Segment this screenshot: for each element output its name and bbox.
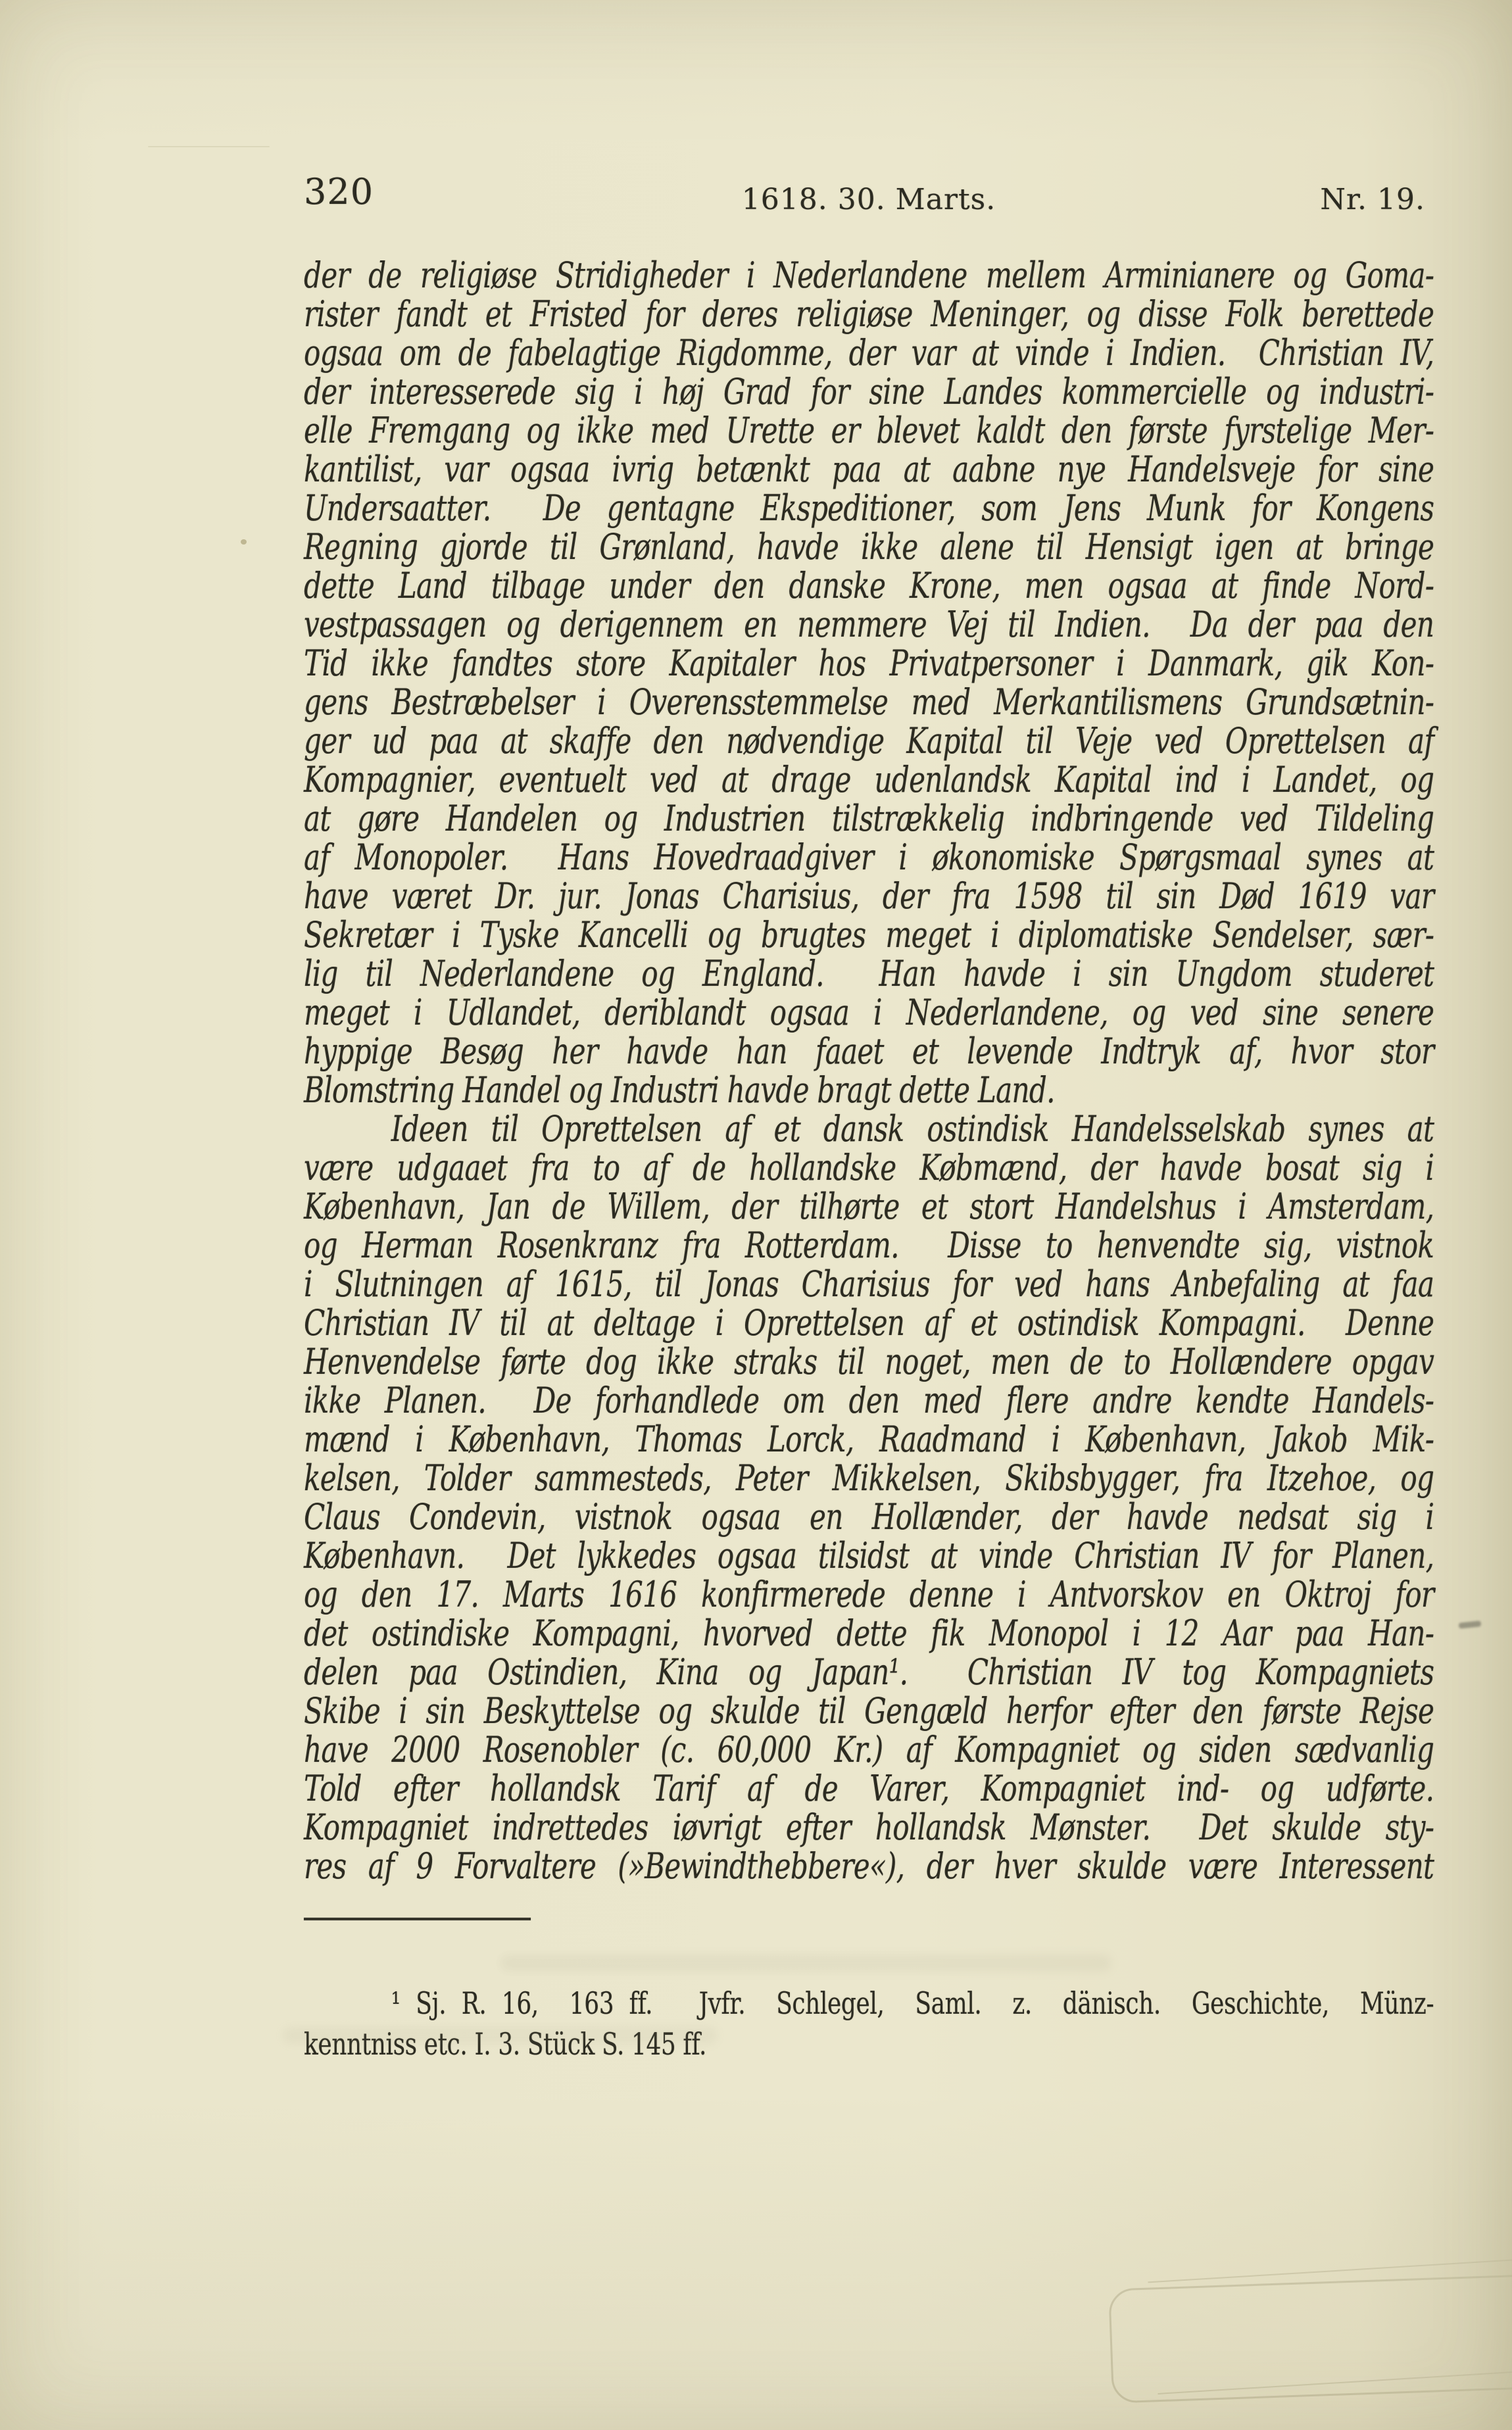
text-line: gens Bestræbelser i Overensstemmelse med…: [304, 683, 1434, 721]
text-line: Skibe i sin Beskyttelse og skulde til Ge…: [304, 1691, 1434, 1730]
text-line: dette Land tilbage under den danske Kron…: [304, 566, 1434, 605]
text-line: Regning gjorde til Grønland, havde ikke …: [304, 527, 1434, 566]
text-line: have 2000 Rosenobler (c. 60,000 Kr.) af …: [304, 1730, 1434, 1769]
text-line: elle Fremgang og ikke med Urette er blev…: [304, 411, 1434, 450]
show-through-ghost-text: [283, 2027, 717, 2044]
text-line: Kompagnier, eventuelt ved at drage udenl…: [304, 760, 1434, 799]
text-line: der de religiøse Stridigheder i Nederlan…: [304, 256, 1434, 295]
text-line: af Monopoler. Hans Hovedraadgiver i økon…: [304, 838, 1434, 877]
paper-speck: [241, 539, 247, 545]
text-line: Kompagniet indrettedes iøvrigt efter hol…: [304, 1808, 1434, 1847]
text-line: lig til Nederlandene og England. Han hav…: [304, 954, 1434, 993]
text-line: meget i Udlandet, deriblandt ogsaa i Ned…: [304, 993, 1434, 1032]
text-line: have været Dr. jur. Jonas Charisius, der…: [304, 877, 1434, 915]
text-line: hyppige Besøg her havde han faaet et lev…: [304, 1032, 1434, 1071]
text-line: og den 17. Marts 1616 konfirmerede denne…: [304, 1575, 1434, 1614]
text-line: kelsen, Tolder sammesteds, Peter Mikkels…: [304, 1459, 1434, 1497]
text-line: i Slutningen af 1615, til Jonas Charisiu…: [304, 1265, 1434, 1303]
text-line: Claus Condevin, vistnok ogsaa en Hollænd…: [304, 1497, 1434, 1536]
running-head-document-number: Nr. 19.: [1320, 184, 1425, 216]
text-line: at gøre Handelen og Industrien tilstrækk…: [304, 799, 1434, 838]
footnote-separator-rule: [304, 1918, 531, 1920]
text-line: være udgaaet fra to af de hollandske Køb…: [304, 1148, 1434, 1187]
text-line: og Herman Rosenkranz fra Rotterdam. Diss…: [304, 1226, 1434, 1265]
text-line: der interesserede sig i høj Grad for sin…: [304, 372, 1434, 411]
paper-crease-mark: [148, 146, 270, 147]
text-line: Tid ikke fandtes store Kapitaler hos Pri…: [304, 644, 1434, 683]
text-line: ogsaa om de fabelagtige Rigdomme, der va…: [304, 333, 1434, 372]
text-line: København, Jan de Willem, der tilhørte e…: [304, 1187, 1434, 1226]
body-text: der de religiøse Stridigheder i Nederlan…: [304, 256, 1434, 1885]
text-line: ikke Planen. De forhandlede om den med f…: [304, 1381, 1434, 1420]
text-line: Blomstring Handel og Industri havde brag…: [304, 1071, 1434, 1109]
text-line: Undersaatter. De gentagne Ekspeditioner,…: [304, 489, 1434, 527]
running-head-date: 1618. 30. Marts.: [304, 184, 1434, 216]
text-line: res af 9 Forvaltere (»Bewindthebbere«), …: [304, 1847, 1434, 1885]
text-line: ger ud paa at skaffe den nødvendige Kapi…: [304, 721, 1434, 760]
show-through-ghost-text: [500, 1955, 1111, 1972]
text-line: København. Det lykkedes ogsaa tilsidst a…: [304, 1536, 1434, 1575]
text-line: ¹ Sj. R. 16, 163 ff. Jvfr. Schlegel, Sam…: [304, 1983, 1434, 2024]
footnote: ¹ Sj. R. 16, 163 ff. Jvfr. Schlegel, Sam…: [304, 1983, 1434, 2064]
text-line: Christian IV til at deltage i Oprettelse…: [304, 1303, 1434, 1342]
text-line: Ideen til Oprettelsen af et dansk ostind…: [304, 1109, 1434, 1148]
text-line: vestpassagen og derigennem en nemmere Ve…: [304, 605, 1434, 644]
margin-smudge-mark: [1459, 1620, 1482, 1629]
text-line: rister fandt et Fristed for deres religi…: [304, 295, 1434, 333]
text-line: delen paa Ostindien, Kina og Japan¹. Chr…: [304, 1653, 1434, 1691]
book-page: 320 1618. 30. Marts. Nr. 19. der de reli…: [0, 0, 1512, 2430]
text-line: Henvendelse førte dog ikke straks til no…: [304, 1342, 1434, 1381]
paper-speck: [460, 984, 464, 988]
text-line: Told efter hollandsk Tarif af de Varer, …: [304, 1769, 1434, 1808]
text-line: kantilist, var ogsaa ivrig betænkt paa a…: [304, 450, 1434, 489]
text-line: mænd i København, Thomas Lorck, Raadmand…: [304, 1420, 1434, 1459]
text-line: Sekretær i Tyske Kancelli og brugtes meg…: [304, 915, 1434, 954]
text-line: det ostindiske Kompagni, hvorved dette f…: [304, 1614, 1434, 1653]
